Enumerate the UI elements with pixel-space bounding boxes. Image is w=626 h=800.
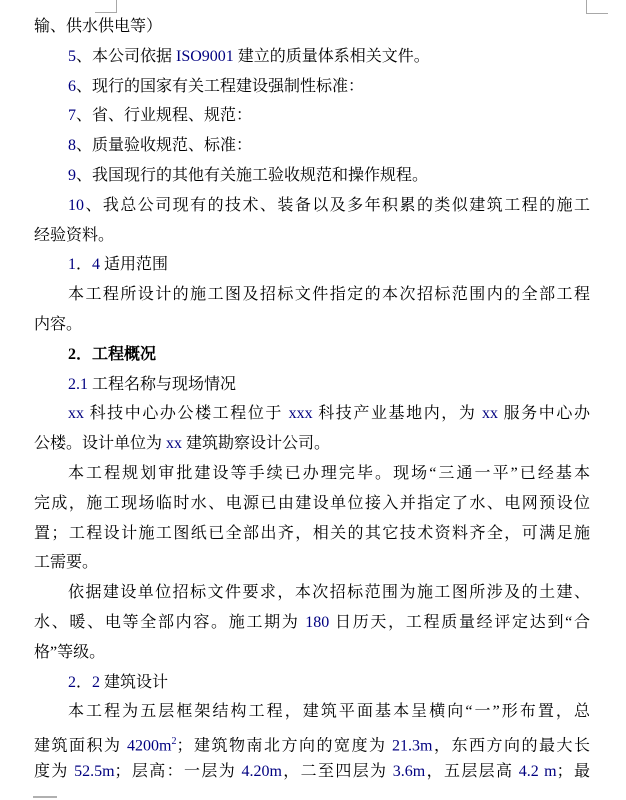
text-line: 1．4 适用范围 [34, 250, 590, 280]
text-line: 公楼。设计单位为 xx 建筑勘察设计公司。 [34, 429, 590, 459]
text-line: 度为 52.5m；层高：一层为 4.20m，二至四层为 3.6m，五层层高 4.… [34, 757, 590, 787]
text-line: 10、我总公司现有的技术、装备以及多年积累的类似建筑工程的施工 [34, 191, 590, 221]
document-text-area: 输、供水供电等）5、本公司依据 ISO9001 建立的质量体系相关文件。6、现行… [34, 12, 590, 787]
text-segment: 9 [68, 167, 76, 184]
text-segment: 7 [68, 107, 76, 124]
text-segment: 经验资料。 [34, 227, 114, 244]
text-segment: 置；工程设计施工图纸已全部出齐，相关的其它技术资料齐全，可满足施 [34, 525, 590, 542]
text-segment: 内容。 [34, 316, 82, 333]
text-segment: 本工程所设计的施工图及招标文件指定的本次招标范围内的全部工程 [68, 286, 590, 303]
text-segment: xx [482, 405, 498, 422]
text-segment: ，东西方向的最大长 [432, 737, 590, 754]
text-line: 经验资料。 [34, 221, 590, 251]
text-line: 本工程所设计的施工图及招标文件指定的本次招标范围内的全部工程 [34, 280, 590, 310]
text-line: 8、质量验收规范、标准： [34, 131, 590, 161]
text-segment: 、现行的国家有关工程建设强制性标准： [76, 78, 364, 95]
text-line: 输、供水供电等） [34, 12, 590, 42]
text-line: 工需要。 [34, 548, 590, 578]
text-segment: ． [76, 256, 92, 273]
text-line: 2．2 建筑设计 [34, 668, 590, 698]
text-segment: 、省、行业规程、规范： [76, 107, 252, 124]
text-segment: 输、供水供电等） [34, 18, 162, 35]
text-line: 5、本公司依据 ISO9001 建立的质量体系相关文件。 [34, 42, 590, 72]
text-segment: 4.20m [241, 763, 281, 780]
text-line: 本工程规划审批建设等手续已办理完毕。现场“三通一平”已经基本 [34, 459, 590, 489]
text-segment: 、我国现行的其他有关施工验收规范和操作规程。 [76, 167, 428, 184]
text-segment: 、质量验收规范、标准： [76, 137, 252, 154]
text-segment: ；最 [557, 763, 590, 780]
text-segment: xx [166, 435, 182, 452]
text-segment: 8 [68, 137, 76, 154]
text-line: 7、省、行业规程、规范： [34, 101, 590, 131]
text-segment: 日历天，工程质量经评定达到“合 [329, 614, 590, 631]
text-segment: ISO9001 [176, 48, 234, 65]
text-segment: 本工程为五层框架结构工程，建筑平面基本呈横向“一”形布置，总 [68, 703, 590, 720]
text-segment: 工程名称与现场情况 [88, 376, 236, 393]
text-line: 建筑面积为 4200m2；建筑物南北方向的宽度为 21.3m，东西方向的最大长 [34, 727, 590, 757]
text-line: 2.1 工程名称与现场情况 [34, 370, 590, 400]
text-segment: 6 [68, 78, 76, 95]
text-line: 6、现行的国家有关工程建设强制性标准： [34, 72, 590, 102]
text-line: 依据建设单位招标文件要求，本次招标范围为施工图所涉及的土建、 [34, 578, 590, 608]
text-segment: 5 [68, 48, 76, 65]
text-segment: 2 [68, 674, 76, 691]
text-segment: 水、暖、电等全部内容。施工期为 [34, 614, 305, 631]
text-line: 水、暖、电等全部内容。施工期为 180 日历天，工程质量经评定达到“合 [34, 608, 590, 638]
text-segment: 建筑面积为 [34, 737, 127, 754]
text-segment: 3.6m [393, 763, 425, 780]
text-segment: 完成，施工现场临时水、电源已由建设单位接入并指定了水、电网预设位 [34, 495, 590, 512]
text-segment: 科技产业基地内，为 [313, 405, 482, 422]
text-segment: 公楼。设计单位为 [34, 435, 166, 452]
text-segment: 本工程规划审批建设等手续已办理完毕。现场“三通一平”已经基本 [68, 465, 590, 482]
text-line: 格”等级。 [34, 638, 590, 668]
text-segment: 、本公司依据 [76, 48, 176, 65]
text-line: 本工程为五层框架结构工程，建筑平面基本呈横向“一”形布置，总 [34, 697, 590, 727]
text-segment: 4200m [127, 737, 171, 754]
text-segment: 度为 [34, 763, 74, 780]
text-segment: 2．工程概况 [68, 346, 156, 363]
text-line: 内容。 [34, 310, 590, 340]
text-segment: ，五层层高 [425, 763, 519, 780]
text-segment: 服务中心办 [498, 405, 590, 422]
text-segment: xx [68, 405, 84, 422]
text-line: 2．工程概况 [34, 340, 590, 370]
text-segment: ；建筑物南北方向的宽度为 [176, 737, 392, 754]
text-segment: xxx [289, 405, 313, 422]
text-segment: 依据建设单位招标文件要求，本次招标范围为施工图所涉及的土建、 [68, 584, 590, 601]
text-segment: 建筑勘察设计公司。 [182, 435, 330, 452]
text-segment: 1 [68, 256, 76, 273]
text-segment: 科技中心办公楼工程位于 [84, 405, 289, 422]
text-line: xx 科技中心办公楼工程位于 xxx 科技产业基地内，为 xx 服务中心办 [34, 399, 590, 429]
text-segment: 180 [305, 614, 329, 631]
text-line: 置；工程设计施工图纸已全部出齐，相关的其它技术资料齐全，可满足施 [34, 519, 590, 549]
text-segment: 4 [92, 256, 100, 273]
text-segment: 、我总公司现有的技术、装备以及多年积累的类似建筑工程的施工 [84, 197, 590, 214]
text-segment: 格”等级。 [34, 644, 105, 661]
document-page: 输、供水供电等）5、本公司依据 ISO9001 建立的质量体系相关文件。6、现行… [0, 0, 626, 800]
text-boundary-mark-bottom-left [33, 796, 57, 798]
text-line: 9、我国现行的其他有关施工验收规范和操作规程。 [34, 161, 590, 191]
text-line: 完成，施工现场临时水、电源已由建设单位接入并指定了水、电网预设位 [34, 489, 590, 519]
text-segment: ；层高：一层为 [115, 763, 242, 780]
text-segment: 4.2 m [519, 763, 557, 780]
text-segment: 建立的质量体系相关文件。 [234, 48, 430, 65]
text-segment: ． [76, 674, 92, 691]
text-segment: 2.1 [68, 376, 88, 393]
text-segment: 21.3m [392, 737, 432, 754]
text-segment: 52.5m [74, 763, 114, 780]
text-segment: ，二至四层为 [282, 763, 393, 780]
text-segment: 2 [92, 674, 100, 691]
text-segment: 工需要。 [34, 554, 98, 571]
text-segment: 适用范围 [100, 256, 168, 273]
text-segment: 10 [68, 197, 84, 214]
text-segment: 建筑设计 [100, 674, 168, 691]
